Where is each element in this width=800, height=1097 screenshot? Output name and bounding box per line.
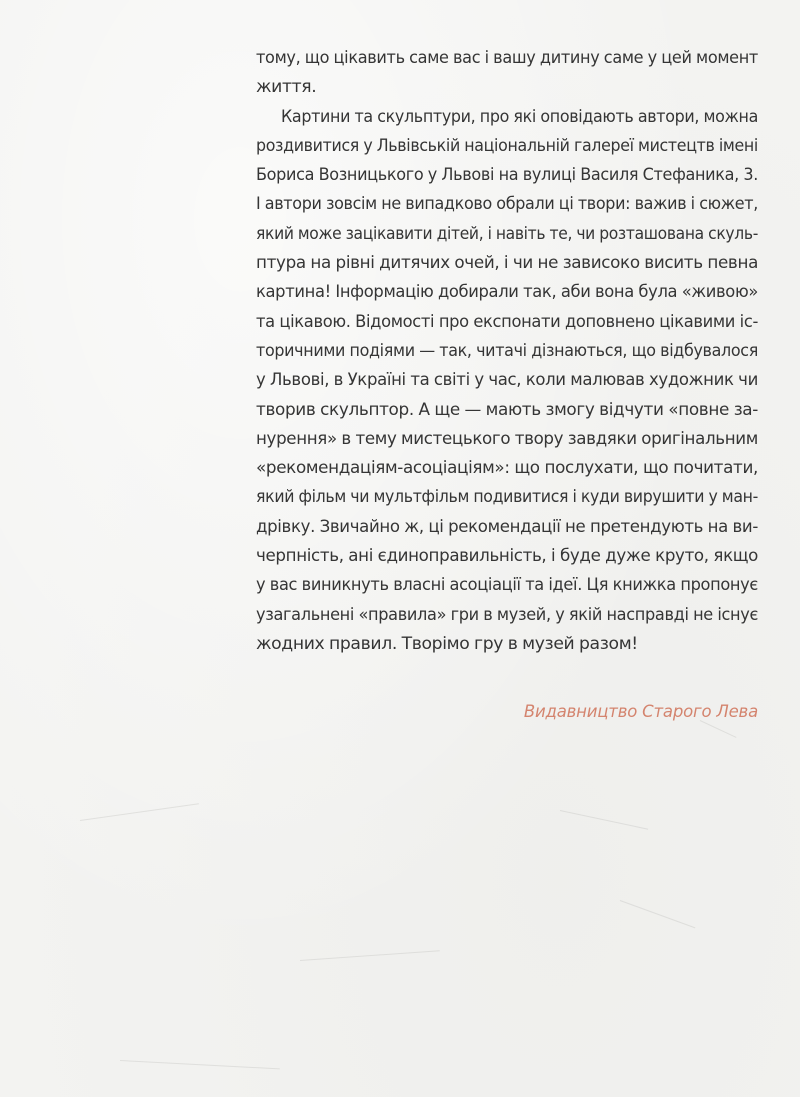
text-line: який може зацікавити дітей, і навіть те,… <box>256 220 758 249</box>
paper-fiber <box>700 720 737 738</box>
text-line: І автори зовсім не випадково обрали ці т… <box>256 190 758 219</box>
text-line: Картини та скульптури, про які оповідают… <box>256 103 758 132</box>
publisher-signature: Видавництво Старого Лева <box>524 702 758 721</box>
text-line: роздивитися у Львівській національній га… <box>256 132 758 161</box>
text-line: який фільм чи мультфільм подивитися і ку… <box>256 483 758 512</box>
text-line: у Львові, в Україні та світі у час, коли… <box>256 366 758 395</box>
text-line: Бориса Возницького у Львові на вулиці Ва… <box>256 161 758 190</box>
text-line: у вас виникнуть власні асоціації та ідеї… <box>256 571 758 600</box>
text-line: птура на рівні дитячих очей, і чи не зав… <box>256 249 758 278</box>
text-line: та цікавою. Відомості про експонати допо… <box>256 308 758 337</box>
text-line: творив скульптор. А ще — мають змогу від… <box>256 396 758 425</box>
text-line: «рекомендаціям-асоціаціям»: що послухати… <box>256 454 758 483</box>
text-line: картина! Інформацію добирали так, аби во… <box>256 278 758 307</box>
text-line: життя. <box>256 73 758 102</box>
text-line: узагальнені «правила» гри в музей, у які… <box>256 601 758 630</box>
paper-fiber <box>80 803 199 821</box>
text-line: торичними подіями — так, читачі дізнають… <box>256 337 758 366</box>
book-page: тому, що цікавить саме вас і вашу дитину… <box>0 0 800 1097</box>
text-line: тому, що цікавить саме вас і вашу дитину… <box>256 44 758 73</box>
text-line: черпність, ані єдиноправильність, і буде… <box>256 542 758 571</box>
text-line: жодних правил. Творімо гру в музей разом… <box>256 630 758 659</box>
text-line: нурення» в тему мистецького твору завдяк… <box>256 425 758 454</box>
paper-fiber <box>300 950 440 961</box>
paper-fiber <box>120 1060 280 1069</box>
body-text: тому, що цікавить саме вас і вашу дитину… <box>256 44 758 659</box>
text-line: дрівку. Звичайно ж, ці рекомендації не п… <box>256 513 758 542</box>
paper-fiber <box>560 810 648 830</box>
paper-fiber <box>620 900 696 928</box>
